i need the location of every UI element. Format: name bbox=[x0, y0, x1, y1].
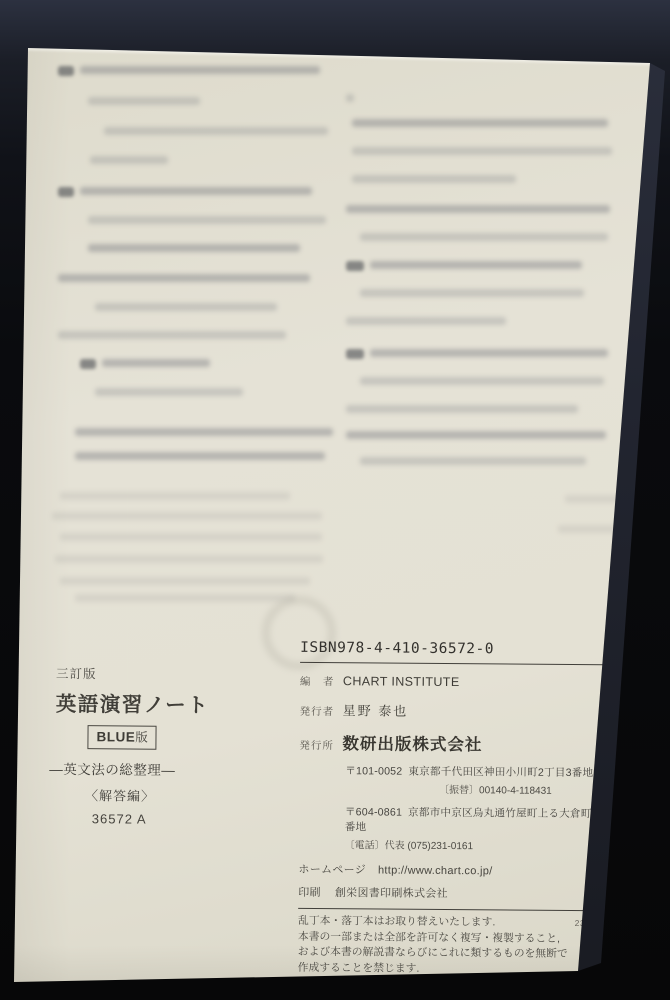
book-subtitle: ―英文法の総整理― bbox=[49, 758, 285, 780]
address-tokyo-text: 東京都千代田区神田小川町2丁目3番地3 bbox=[408, 766, 599, 779]
colophon: ISBN978-4-410-36572-0 編 者 CHART INSTITUT… bbox=[298, 640, 621, 979]
notice-line: および本書の解説書ならびにこれに類するものを無断で bbox=[298, 945, 608, 963]
copyright-notice: 230325 乱丁本・落丁本はお取り替えいたします. 本書の一部または全部を許可… bbox=[298, 914, 608, 978]
divider-top bbox=[300, 662, 620, 666]
publisher-company-row: 発行所 数研出版株式会社 bbox=[299, 730, 619, 757]
homepage-label: ホームページ bbox=[298, 864, 366, 877]
phone-note: 〔電話〕代表 (075)231-0161 bbox=[345, 836, 619, 853]
product-code: 36572 A bbox=[92, 811, 285, 828]
publisher-person-row: 発行者 星野 泰也 bbox=[300, 700, 620, 722]
printer-label: 印刷 bbox=[298, 887, 321, 899]
notice-line: 作成することを禁じます. bbox=[298, 960, 608, 978]
photo-scene: 三訂版 英語演習ノート BLUE版 ―英文法の総整理― 〈解答編〉 36572 … bbox=[0, 0, 670, 1000]
divider-bottom bbox=[298, 908, 618, 912]
series-badge-suffix: 版 bbox=[135, 731, 148, 745]
printed-content: 三訂版 英語演習ノート BLUE版 ―英文法の総整理― 〈解答編〉 36572 … bbox=[0, 0, 670, 1000]
series-badge: BLUE版 bbox=[87, 725, 156, 750]
book-page: 三訂版 英語演習ノート BLUE版 ―英文法の総整理― 〈解答編〉 36572 … bbox=[0, 0, 670, 1000]
book-title: 英語演習ノート bbox=[56, 687, 286, 719]
editor-label: 編 者 bbox=[300, 674, 343, 689]
volume-label: 〈解答編〉 bbox=[85, 785, 285, 806]
address-tokyo: 〒101-0052東京都千代田区神田小川町2丁目3番地3 bbox=[345, 763, 619, 780]
postal-code-tokyo: 〒101-0052 bbox=[345, 765, 402, 777]
postal-code-kyoto: 〒604-0861 bbox=[345, 806, 402, 818]
isbn-number: ISBN978-4-410-36572-0 bbox=[300, 640, 620, 659]
homepage-url: http://www.chart.co.jp/ bbox=[378, 864, 493, 877]
printer-row: 印刷創栄図書印刷株式会社 bbox=[298, 884, 618, 903]
printer-name: 創栄図書印刷株式会社 bbox=[335, 887, 448, 900]
publisher-company-label: 発行所 bbox=[299, 738, 342, 753]
homepage-row: ホームページhttp://www.chart.co.jp/ bbox=[298, 861, 618, 880]
edition-label: 三訂版 bbox=[56, 664, 286, 684]
address-kyoto: 〒604-0861京都市中京区烏丸通竹屋町上る大倉町205番地 bbox=[345, 804, 619, 836]
title-block: 三訂版 英語演習ノート BLUE版 ―英文法の総整理― 〈解答編〉 36572 … bbox=[55, 664, 286, 828]
publisher-company-name: 数研出版株式会社 bbox=[342, 730, 482, 755]
editor-name: CHART INSTITUTE bbox=[343, 674, 460, 689]
publisher-person-name: 星野 泰也 bbox=[343, 700, 409, 720]
series-badge-en: BLUE bbox=[96, 729, 135, 744]
editor-row: 編 者 CHART INSTITUTE bbox=[300, 674, 620, 692]
publisher-person-label: 発行者 bbox=[300, 704, 343, 719]
notice-line: 乱丁本・落丁本はお取り替えいたします. bbox=[298, 914, 608, 932]
